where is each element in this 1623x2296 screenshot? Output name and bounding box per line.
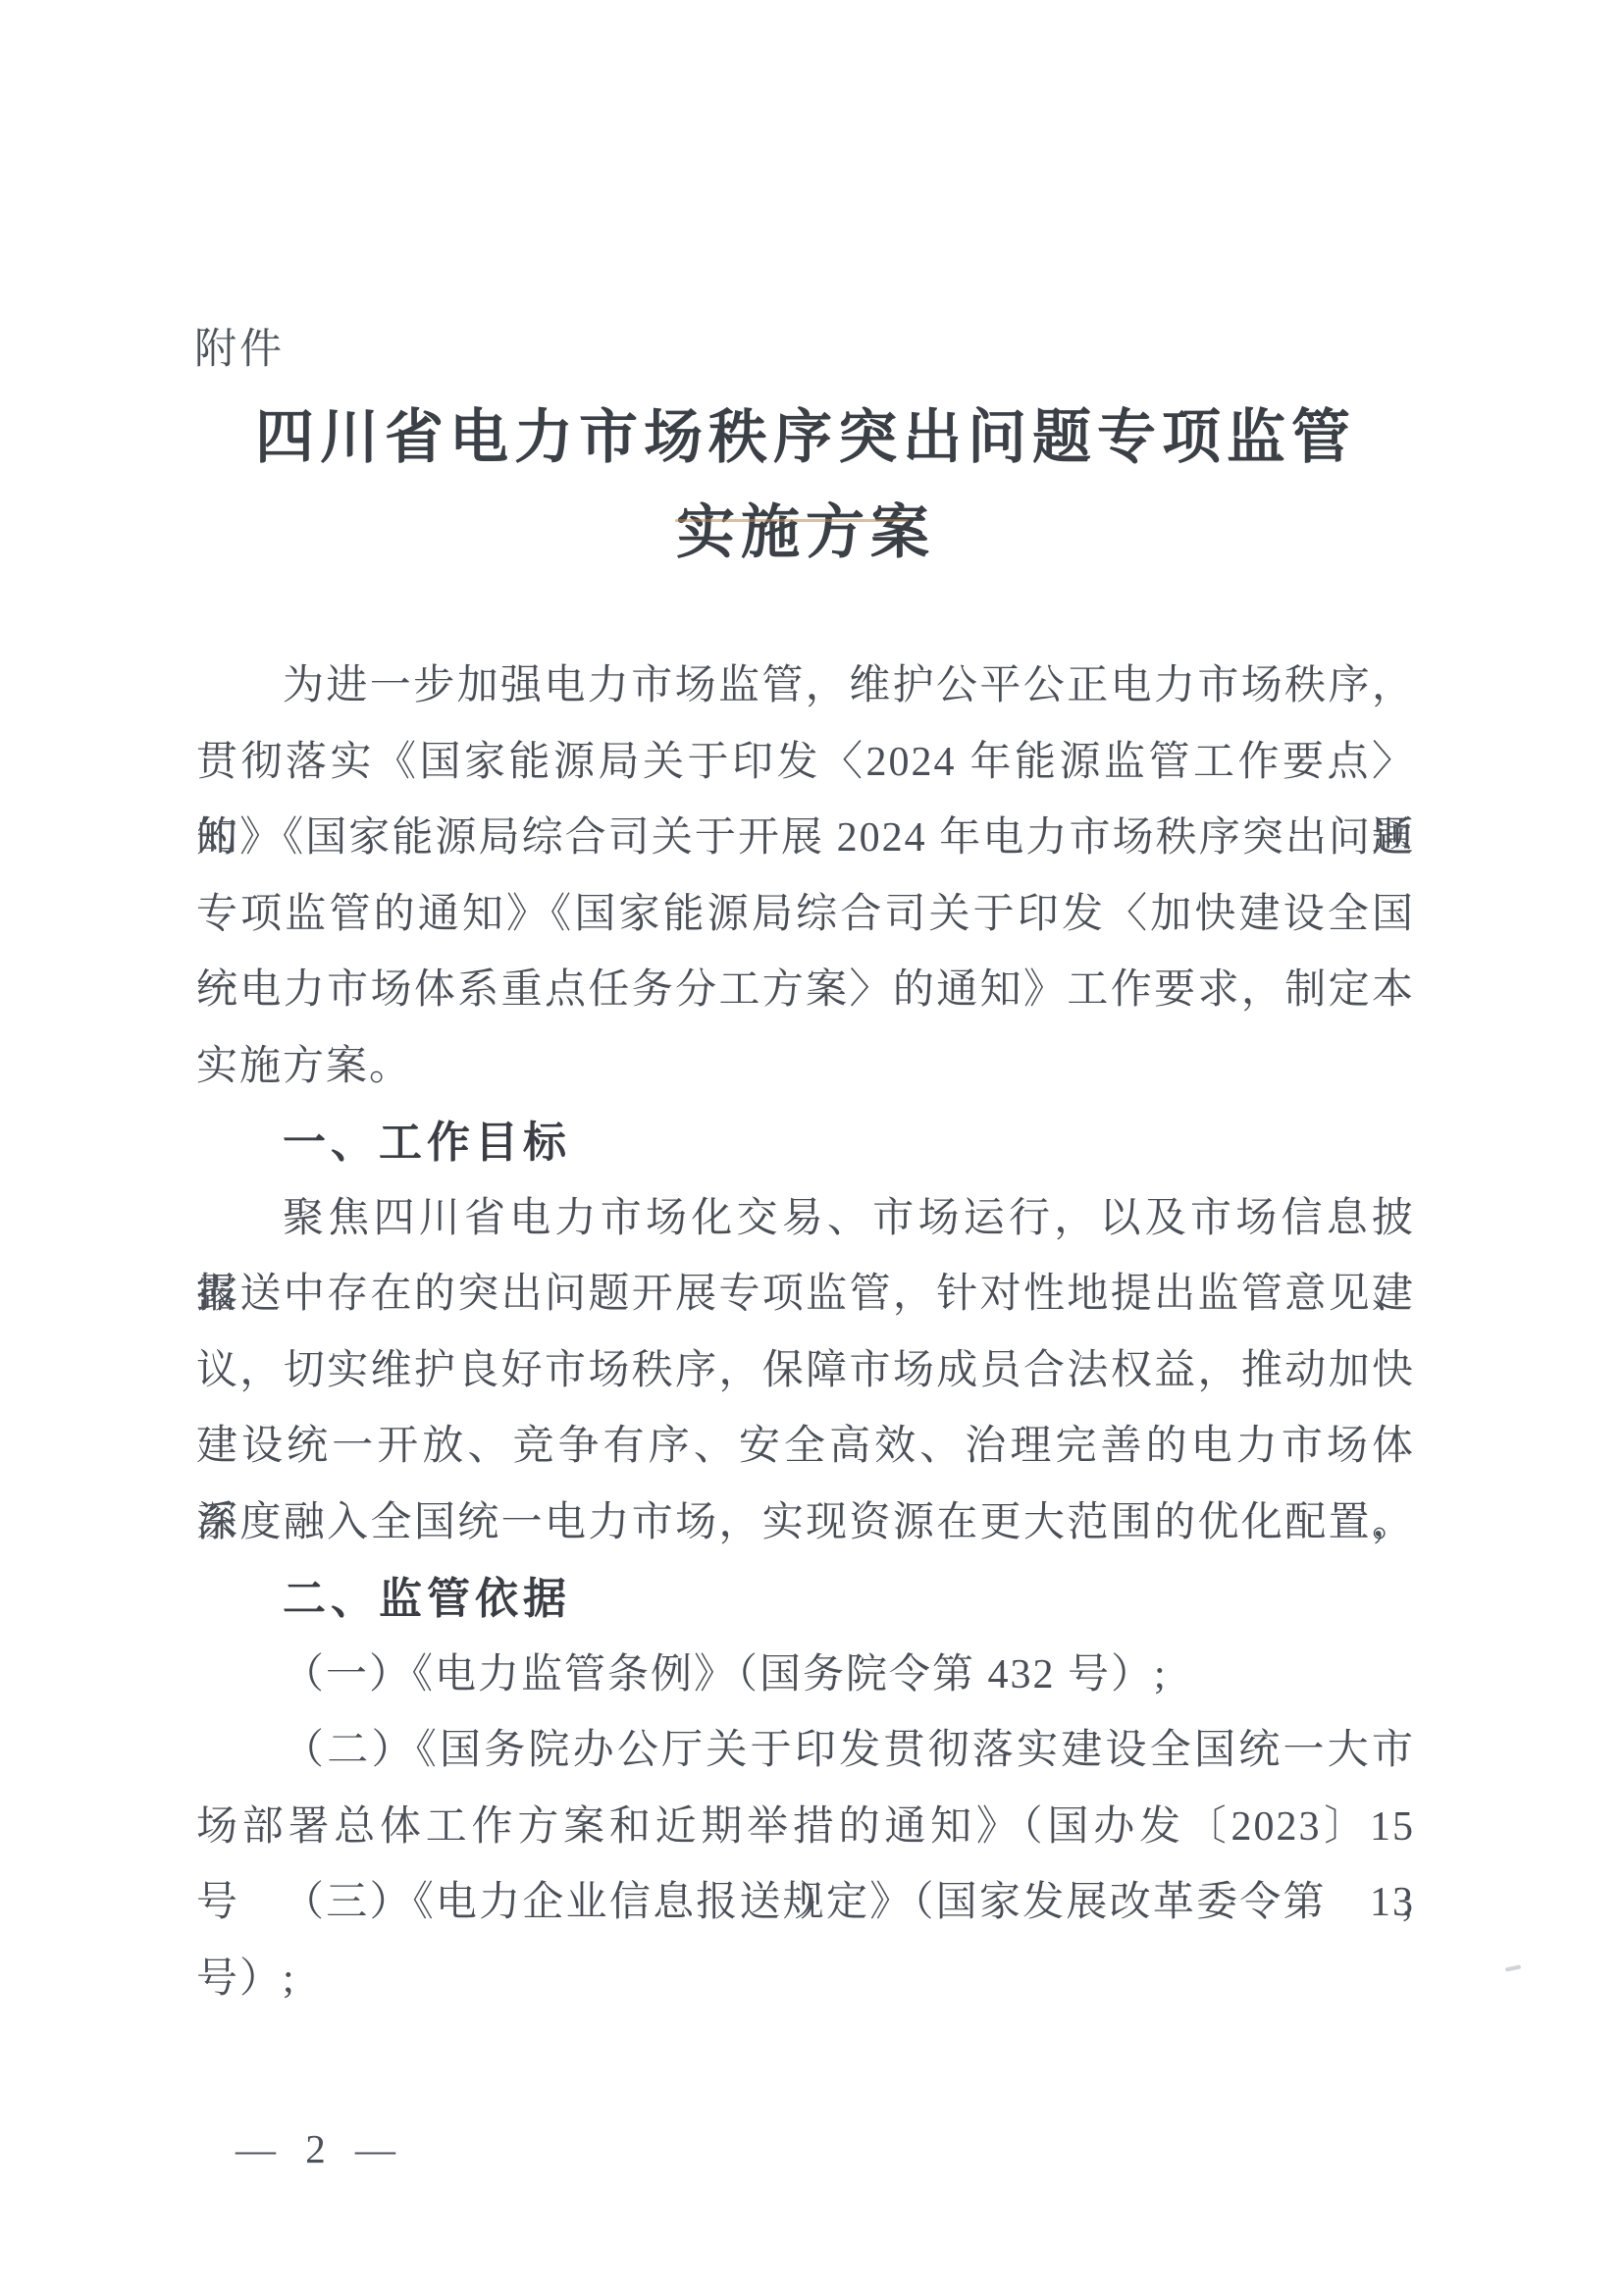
paragraph-1-line: 知》《国家能源局综合司关于开展 2024 年电力市场秩序突出问题 [196,801,1415,877]
paragraph-2-line: 报送中存在的突出问题开展专项监管，针对性地提出监管意见建 [196,1257,1415,1333]
paragraph-2-line: 深度融入全国统一电力市场，实现资源在更大范围的优化配置。 [196,1486,1415,1562]
document-title-line-1: 四川省电力市场秩序突出问题专项监管 [196,391,1415,486]
paragraph-1-line: 为进一步加强电力市场监管，维护公平公正电力市场秩序， [196,649,1415,725]
document-title-line-2: 实施方案 [196,486,1415,581]
document-page: 附件 四川省电力市场秩序突出问题专项监管 实施方案 为进一步加强电力市场监管，维… [0,0,1623,2296]
paragraph-1-line: 一电力市场体系重点任务分工方案〉的通知》工作要求，制定本 [196,953,1415,1029]
document-title: 四川省电力市场秩序突出问题专项监管 实施方案 [196,391,1415,581]
attachment-label: 附件 [194,316,285,376]
paragraph-1-line: 专项监管的通知》《国家能源局综合司关于印发〈加快建设全国统 [196,877,1415,954]
basis-item-3-line: 号）; [196,1942,1415,2018]
basis-item-2-line: 场部署总体工作方案和近期举措的通知》（国办发〔2023〕15 号）; [196,1790,1415,1866]
paragraph-2-line: 聚焦四川省电力市场化交易、市场运行，以及市场信息披露、 [196,1181,1415,1258]
section-heading-work-goals: 一、工作目标 [196,1105,1415,1181]
paragraph-2-line: 议，切实维护良好市场秩序，保障市场成员合法权益，推动加快 [196,1333,1415,1410]
basis-item-3-line: （三）《电力企业信息报送规定》（国家发展改革委令第 13 [196,1865,1415,1942]
paragraph-1-line: 实施方案。 [196,1029,1415,1106]
basis-item-1: （一）《电力监管条例》（国务院令第 432 号）; [196,1638,1415,1714]
section-heading-regulatory-basis: 二、监管依据 [196,1561,1415,1638]
document-body: 为进一步加强电力市场监管，维护公平公正电力市场秩序， 贯彻落实《国家能源局关于印… [196,649,1415,2017]
scan-artifact-edge-mark [1505,1964,1521,1971]
scan-artifact-tan-line [675,519,909,522]
page-number: — 2 — [236,2125,405,2172]
paragraph-2-line: 建设统一开放、竞争有序、安全高效、治理完善的电力市场体系， [196,1409,1415,1486]
paragraph-1-line: 贯彻落实《国家能源局关于印发〈2024 年能源监管工作要点〉的通 [196,725,1415,802]
basis-item-2-line: （二）《国务院办公厅关于印发贯彻落实建设全国统一大市 [196,1713,1415,1790]
